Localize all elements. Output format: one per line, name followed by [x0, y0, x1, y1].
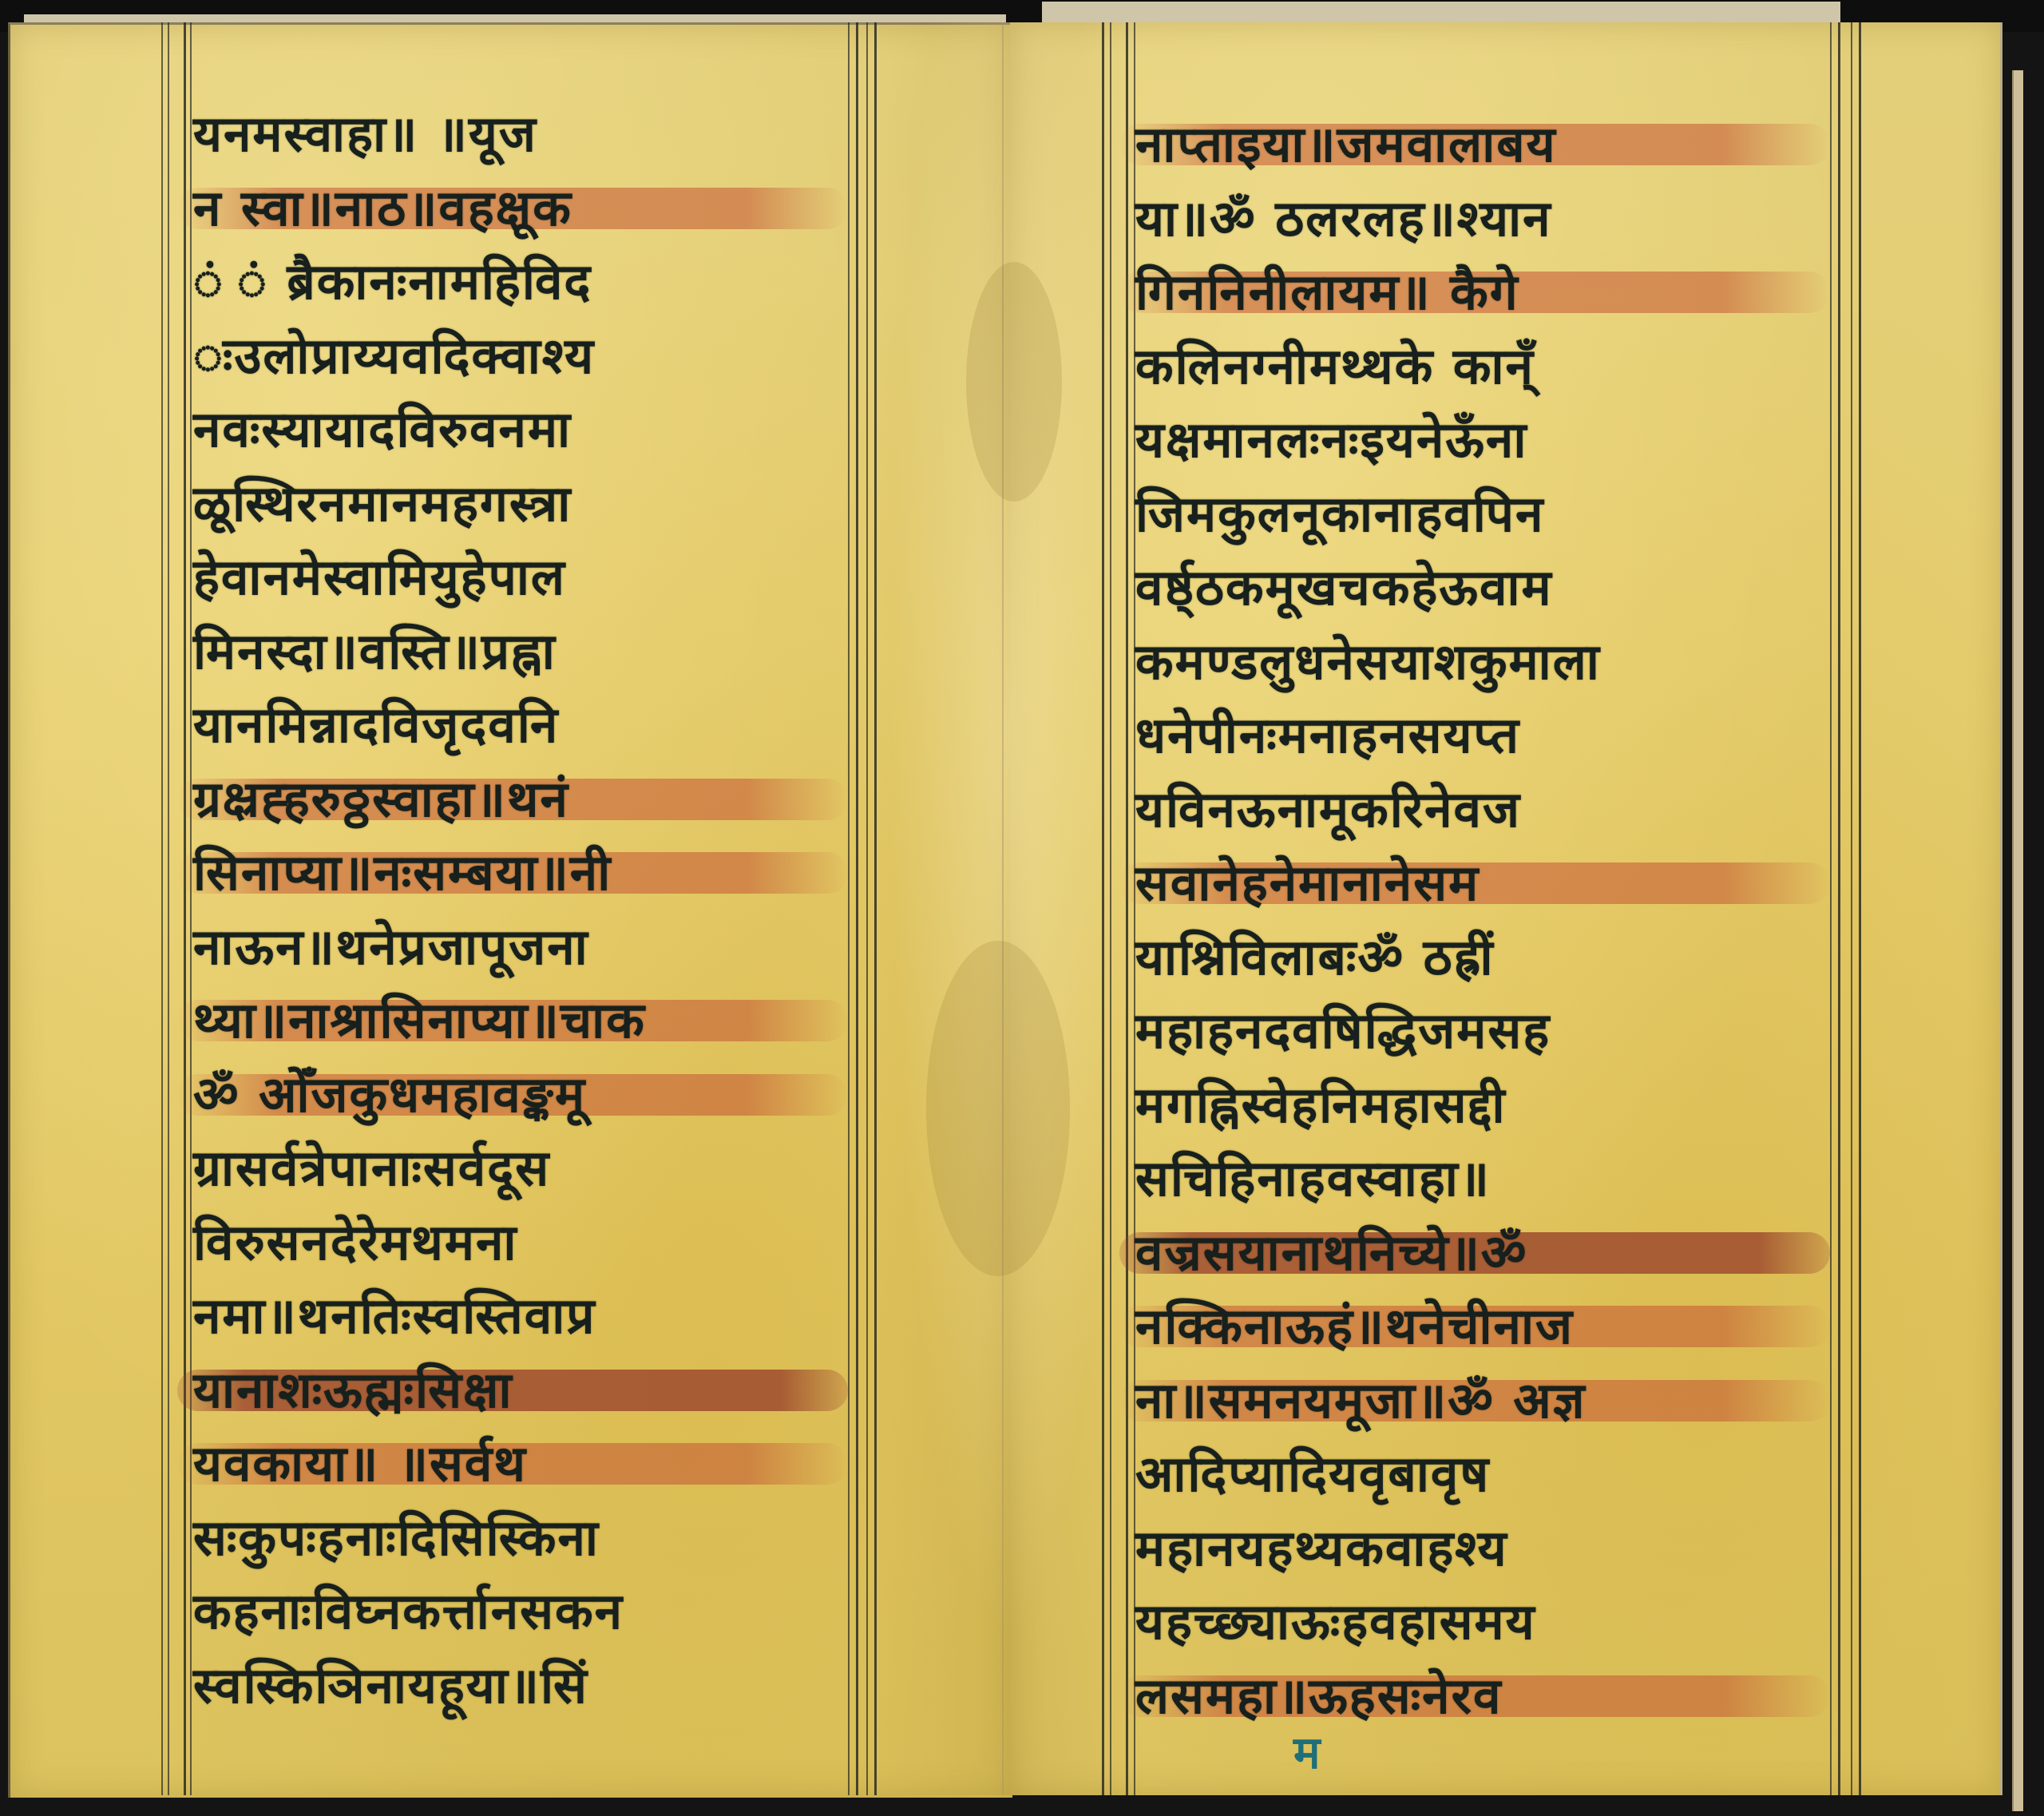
text-line-highlighted: थ्या॥नाश्रासिनाप्या॥चाक [193, 982, 840, 1057]
text-line: यहच्छ्याऊःहवहासमय [1135, 1584, 1822, 1658]
ruling-line [1851, 22, 1852, 1795]
ruling-line [168, 22, 169, 1795]
text-line-highlighted: लसमहा॥ऊहसःनेरव [1135, 1658, 1822, 1732]
right-page-text: नाप्ताइया॥जमवालाबय या॥ॐ ठलरलह॥श्यान गिनन… [1135, 106, 1822, 1731]
text-line-highlighted: गिननिनीलायम॥ कैगे [1135, 254, 1822, 328]
text-line: आदिप्यादियवृबावृष [1135, 1436, 1822, 1510]
text-line: कलिनग्नीमथ्थके कान्ँ [1135, 328, 1822, 402]
text-line: महानयहथ्यकवाहश्य [1135, 1510, 1822, 1584]
text-line-highlighted: सिनाप्या॥नःसम्बया॥नी [193, 835, 840, 909]
text-line-highlighted: वज्रसयानाथनिच्ये॥ॐ [1135, 1215, 1822, 1289]
ruling-line [1859, 22, 1861, 1795]
text-line: हेवानमेस्वामियुहेपाल [193, 539, 840, 613]
ruling-line [1102, 22, 1104, 1795]
folio-mark: म [1293, 1721, 1321, 1782]
text-line: स्वस्किञिनायहूया॥सिं [193, 1647, 840, 1722]
text-line: धनेपीनःमनाहनसयप्त [1135, 697, 1822, 771]
text-line: यविनऊनामूकरिनेवज [1135, 771, 1822, 846]
text-line: विरुसनदेरेमथमना [193, 1204, 840, 1279]
leaf-edge [2012, 70, 2023, 1811]
ruling-line [1830, 22, 1832, 1795]
text-line-highlighted: ना॥समनयमूजा॥ॐ अज्ञ [1135, 1362, 1822, 1437]
text-line: याश्निविलाबःॐ ठह्रीं [1135, 919, 1822, 993]
text-line: यानमिन्नादविजृदवनि [193, 687, 840, 761]
text-line-highlighted: नक्किनाऊहं॥थनेचीनाज [1135, 1288, 1822, 1362]
text-line-highlighted: नाप्ताइया॥जमवालाबय [1135, 106, 1822, 180]
text-line: मिनस्दा॥वस्ति॥प्रह्ना [193, 613, 840, 688]
ruling-line [866, 22, 868, 1795]
text-line-highlighted: यवकाया॥ ॥सर्वथ [193, 1425, 840, 1500]
ruling-line [1838, 22, 1840, 1795]
ruling-line [856, 22, 858, 1795]
text-line: ःउलोप्राय्यवदिक्वाश्य [193, 318, 840, 392]
text-line: जिमकुलनूकानाहवपिन [1135, 476, 1822, 550]
stain [926, 941, 1070, 1276]
ruling-line [1110, 22, 1111, 1795]
text-line: मगह्निस्वेहनिमहासद्दी [1135, 1067, 1822, 1141]
ruling-line [190, 22, 192, 1795]
manuscript-spread: यनमस्वाहा॥ ॥यूज न स्वा॥नाठ॥वहक्षूक ं ं ब… [8, 22, 2016, 1795]
ruling-line [184, 22, 186, 1795]
text-line: यनमस्वाहा॥ ॥यूज [193, 96, 840, 170]
text-line-highlighted: सवानेहनेमानानेसम [1135, 845, 1822, 919]
ruling-line [874, 22, 877, 1795]
text-line-highlighted: ग्रक्ष्रह्हरुठ्ठस्वाहा॥थनं [193, 761, 840, 835]
text-line: यक्षमानलःनःइयनेऊँना [1135, 402, 1822, 476]
text-line: ळूस्थिरनमानमहगस्त्रा [193, 466, 840, 540]
ruling-line [161, 22, 163, 1795]
text-line: कहनाःविघ्नकर्त्तानसकन [193, 1573, 840, 1647]
text-line: ग्रासर्वत्रेपानाःसर्वदूस [193, 1130, 840, 1204]
text-line-highlighted: ॐ ओँजकुधमहावङ्कमू [193, 1057, 840, 1131]
text-line: नाऊन॥थनेप्रजापूजना [193, 909, 840, 983]
text-line: नवःस्यायादविरुवनमा [193, 391, 840, 466]
text-line: सचिहिनाहवस्वाहा॥ [1135, 1140, 1822, 1215]
text-line: या॥ॐ ठलरलह॥श्यान [1135, 180, 1822, 255]
left-page-text: यनमस्वाहा॥ ॥यूज न स्वा॥नाठ॥वहक्षूक ं ं ब… [193, 96, 840, 1721]
text-line: महाहनदवषिद्धिजमसह [1135, 993, 1822, 1067]
stain [966, 262, 1062, 502]
text-line: वर्ष्ठ्ठकमूखचकहेऊवाम [1135, 549, 1822, 624]
text-line: नमा॥थनतिःस्वस्तिवाप्र [193, 1278, 840, 1352]
text-line-highlighted: यानाशःऊह्मःसिक्षा [193, 1352, 840, 1426]
text-line-highlighted: न स्वा॥नाठ॥वहक्षूक [193, 170, 840, 244]
text-line: सःकुपःहनाःदिसिस्किना [193, 1500, 840, 1574]
text-line: ं ं ब्रैकानःनामहिविद [193, 244, 840, 318]
ruling-line [848, 22, 850, 1795]
text-line: कमण्डलुधनेसयाशकुमाला [1135, 624, 1822, 698]
